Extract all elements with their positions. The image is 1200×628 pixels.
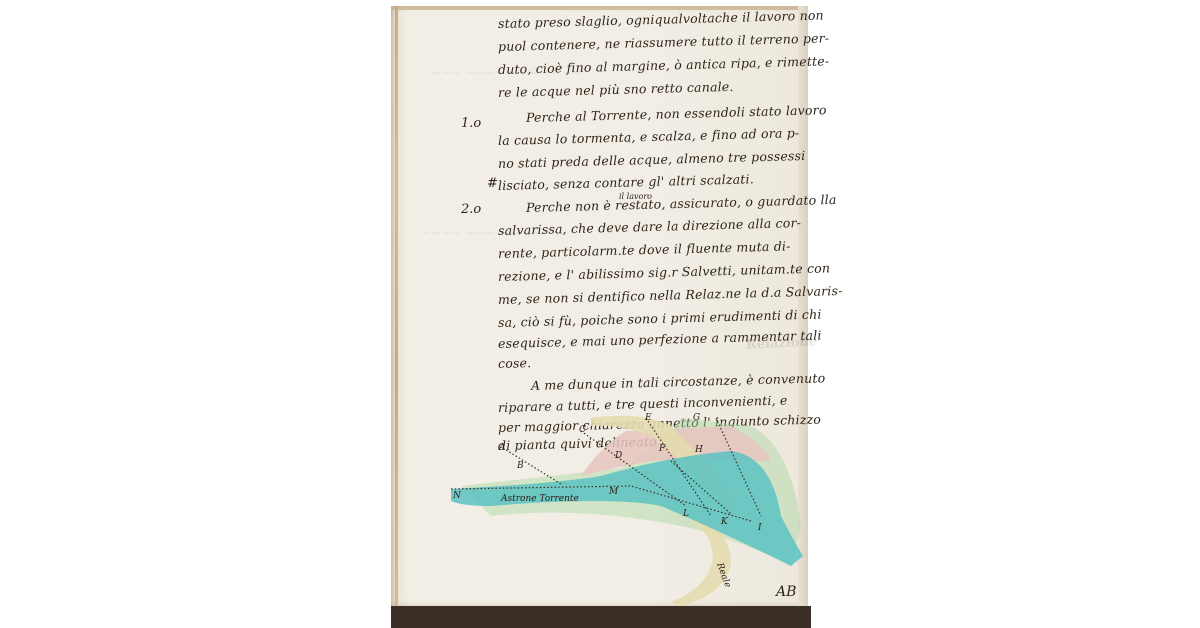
text-line: Perche non è restato, assicurato, o guar… [526, 192, 837, 215]
signature-mark: AB [776, 584, 796, 600]
marginal-symbol: # [487, 176, 498, 191]
text-line: me, se non si dentifico nella Relaz.ne l… [498, 283, 843, 307]
text-line: cose. [498, 355, 532, 371]
text-line: puol contenere, ne riassumere tutto il t… [498, 30, 830, 54]
margin-marker-2: 2.o [461, 202, 481, 217]
text-line: no stati preda delle acque, almeno tre p… [498, 148, 806, 171]
map-label-river: Astrone Torrente [500, 494, 579, 504]
text-line: lisciato, senza contare gl' altri scalza… [498, 171, 754, 193]
map-label-K: K [720, 517, 729, 527]
map-label-M: M [608, 487, 619, 497]
map-label-E: E [644, 413, 652, 423]
manuscript-page: ~~~ ~~~~ ~~~~~ ~~ ~~~~ ~~~ ~~~~ Relazion… [391, 6, 808, 606]
map-label-D: D [614, 451, 622, 461]
text-line: re le acque nel più sno retto canale. [498, 79, 734, 100]
text-line: Perche al Torrente, non essendoli stato … [526, 102, 827, 125]
page-bottom-shadow [391, 606, 811, 628]
river-map-sketch: N Astrone Torrente A B C D E F G H I K L… [431, 406, 811, 606]
text-line: rezione, e l' abilissimo sig.r Salvetti,… [498, 260, 831, 284]
map-label-I: I [757, 523, 762, 533]
text-line: sa, ciò si fù, poiche sono i primi erudi… [498, 307, 822, 330]
text-line: stato preso slaglio, ogniqualvoltache il… [498, 7, 824, 31]
text-line: duto, cioè fino al margine, ò antica rip… [498, 53, 830, 77]
map-label-N: N [452, 491, 462, 501]
text-line: rente, particolarm.te dove il fluente mu… [498, 238, 791, 261]
map-label-L: L [682, 509, 689, 519]
map-label-H: H [694, 445, 703, 455]
text-line: la causa lo tormenta, e scalza, e fino a… [498, 125, 800, 148]
map-label-A: A [498, 443, 506, 453]
text-line: salvarissa, che deve dare la direzione a… [498, 215, 801, 238]
map-label-B: B [516, 461, 524, 471]
map-label-C: C [579, 425, 586, 435]
map-label-G: G [693, 413, 700, 423]
text-line: A me dunque in tali circostanze, è conve… [531, 370, 826, 393]
margin-marker-1: 1.o [461, 116, 481, 131]
map-label-F: F [658, 444, 666, 454]
